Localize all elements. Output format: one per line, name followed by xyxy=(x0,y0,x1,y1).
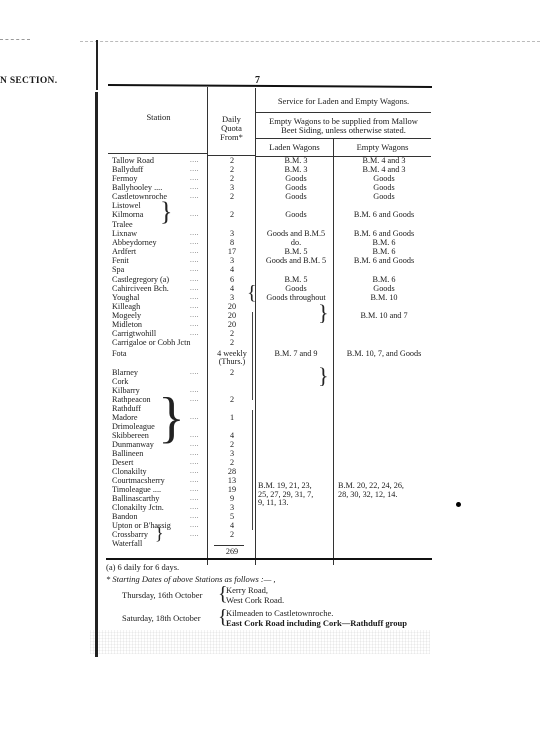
leader-dots: .... xyxy=(190,210,199,218)
daily-quota: 2 xyxy=(209,369,255,378)
scan-noise xyxy=(90,630,430,654)
leader-dots: .... xyxy=(190,247,199,255)
brace-fota: } xyxy=(318,365,329,387)
leader-dots: .... xyxy=(190,476,199,484)
brace-killeagh-midleton: } xyxy=(318,302,329,324)
leader-dots: .... xyxy=(190,485,199,493)
station-name: Carrigaloe or Cobh Jctn xyxy=(112,339,190,348)
footnote-a: (a) 6 daily for 6 days. xyxy=(106,562,179,572)
empty-wagons: B.M. 10 and 7 xyxy=(338,312,430,321)
leader-dots: .... xyxy=(190,413,199,421)
brace-kerry: } xyxy=(160,201,172,223)
saturday-item: East Cork Road including Cork—Rathduff g… xyxy=(226,618,407,628)
daily-quota: 2 xyxy=(209,531,255,540)
west-cork-laden-line: 9, 11, 13. xyxy=(258,499,348,508)
leader-dots: .... xyxy=(190,329,199,337)
leader-dots: .... xyxy=(190,311,199,319)
leader-dots: .... xyxy=(190,183,199,191)
leader-dots: .... xyxy=(190,494,199,502)
leader-dots: .... xyxy=(190,174,199,182)
leader-dots: .... xyxy=(190,503,199,511)
empty-wagons: B.M. 10 xyxy=(338,294,430,303)
daily-quota: (Thurs.) xyxy=(209,358,255,367)
header-quota-line: From* xyxy=(208,133,255,142)
top-edge-line xyxy=(80,41,540,42)
empty-wagons: B.M. 6 and Goods xyxy=(338,211,430,220)
binding-edge xyxy=(95,92,98,657)
thursday-item: Kerry Road, xyxy=(226,585,268,595)
leader-dots: .... xyxy=(190,265,199,273)
leader-dots: .... xyxy=(190,238,199,246)
leader-dots: .... xyxy=(190,320,199,328)
brace-fenit-spa: { xyxy=(247,282,257,304)
west-cork-laden: B.M. 19, 21, 23, 25, 27, 29, 31, 7, 9, 1… xyxy=(258,482,348,508)
leader-dots: .... xyxy=(190,302,199,310)
header-station: Station xyxy=(110,113,207,122)
west-cork-empty-line: 28, 30, 32, 12, 14. xyxy=(338,491,433,500)
leader-dots: .... xyxy=(190,256,199,264)
brace-blarney-madore: } xyxy=(158,390,185,446)
bracket-east-cork xyxy=(252,312,253,400)
table-top-rule xyxy=(108,84,432,88)
leader-dots: .... xyxy=(190,458,199,466)
leader-dots: .... xyxy=(190,521,199,529)
leader-dots: .... xyxy=(190,512,199,520)
bracket-west-cork xyxy=(252,410,253,530)
station-name: Waterfall xyxy=(112,540,142,549)
daily-quota: 2 xyxy=(209,396,255,405)
leader-dots: .... xyxy=(190,386,199,394)
ink-spot xyxy=(456,502,461,507)
station-name: Kilmorna xyxy=(112,211,143,220)
leader-dots: .... xyxy=(190,293,199,301)
leader-dots: .... xyxy=(190,156,199,164)
header-supply-line: Beet Siding, unless otherwise stated. xyxy=(256,126,431,135)
saturday-label: Saturday, 18th October xyxy=(122,613,201,623)
laden-wagons: Goods and B.M. 5 xyxy=(258,257,334,266)
empty-wagons: B.M. 6 and Goods xyxy=(338,257,430,266)
leader-dots: .... xyxy=(190,440,199,448)
daily-quota: 4 xyxy=(209,266,255,275)
laden-wagons: B.M. 7 and 9 xyxy=(258,350,334,359)
top-edge-mark xyxy=(0,39,30,40)
daily-quota: 2 xyxy=(209,339,255,348)
brace-crossbarry: } xyxy=(155,522,164,544)
west-cork-empty: B.M. 20, 22, 24, 26, 28, 30, 32, 12, 14. xyxy=(338,482,433,499)
binding-edge-top xyxy=(96,40,98,90)
header-empty: Empty Wagons xyxy=(334,143,431,152)
station-name: Spa xyxy=(112,266,124,275)
leader-dots: .... xyxy=(190,467,199,475)
leader-dots: .... xyxy=(190,165,199,173)
leader-dots: .... xyxy=(190,229,199,237)
leader-dots: .... xyxy=(190,284,199,292)
leader-dots: .... xyxy=(190,431,199,439)
saturday-item: Kilmeaden to Castletownroche. xyxy=(226,608,333,618)
header-service: Service for Laden and Empty Wagons. xyxy=(256,97,431,106)
empty-wagons: B.M. 10, 7, and Goods xyxy=(338,350,430,359)
thursday-item: West Cork Road. xyxy=(226,595,284,605)
thursday-label: Thursday, 16th October xyxy=(122,590,202,600)
leader-dots: .... xyxy=(190,368,199,376)
station-name: Fota xyxy=(112,350,127,359)
header-quota: Daily Quota From* xyxy=(208,115,255,142)
header-supply: Empty Wagons to be supplied from Mallow … xyxy=(256,117,431,135)
header-laden: Laden Wagons xyxy=(256,143,333,152)
quota-total: 269 xyxy=(209,548,255,557)
footnote-starting-dates: * Starting Dates of above Stations as fo… xyxy=(106,574,276,584)
leader-dots: .... xyxy=(190,275,199,283)
laden-wagons: Goods xyxy=(258,211,334,220)
laden-wagons: Goods xyxy=(258,193,334,202)
daily-quota: 2 xyxy=(209,193,255,202)
leader-dots: .... xyxy=(190,192,199,200)
section-heading-fragment: N SECTION. xyxy=(0,76,57,86)
leader-dots: .... xyxy=(190,395,199,403)
daily-quota: 2 xyxy=(209,211,255,220)
leader-dots: .... xyxy=(190,530,199,538)
daily-quota: 1 xyxy=(209,414,255,423)
empty-wagons: Goods xyxy=(338,193,430,202)
leader-dots: .... xyxy=(190,449,199,457)
